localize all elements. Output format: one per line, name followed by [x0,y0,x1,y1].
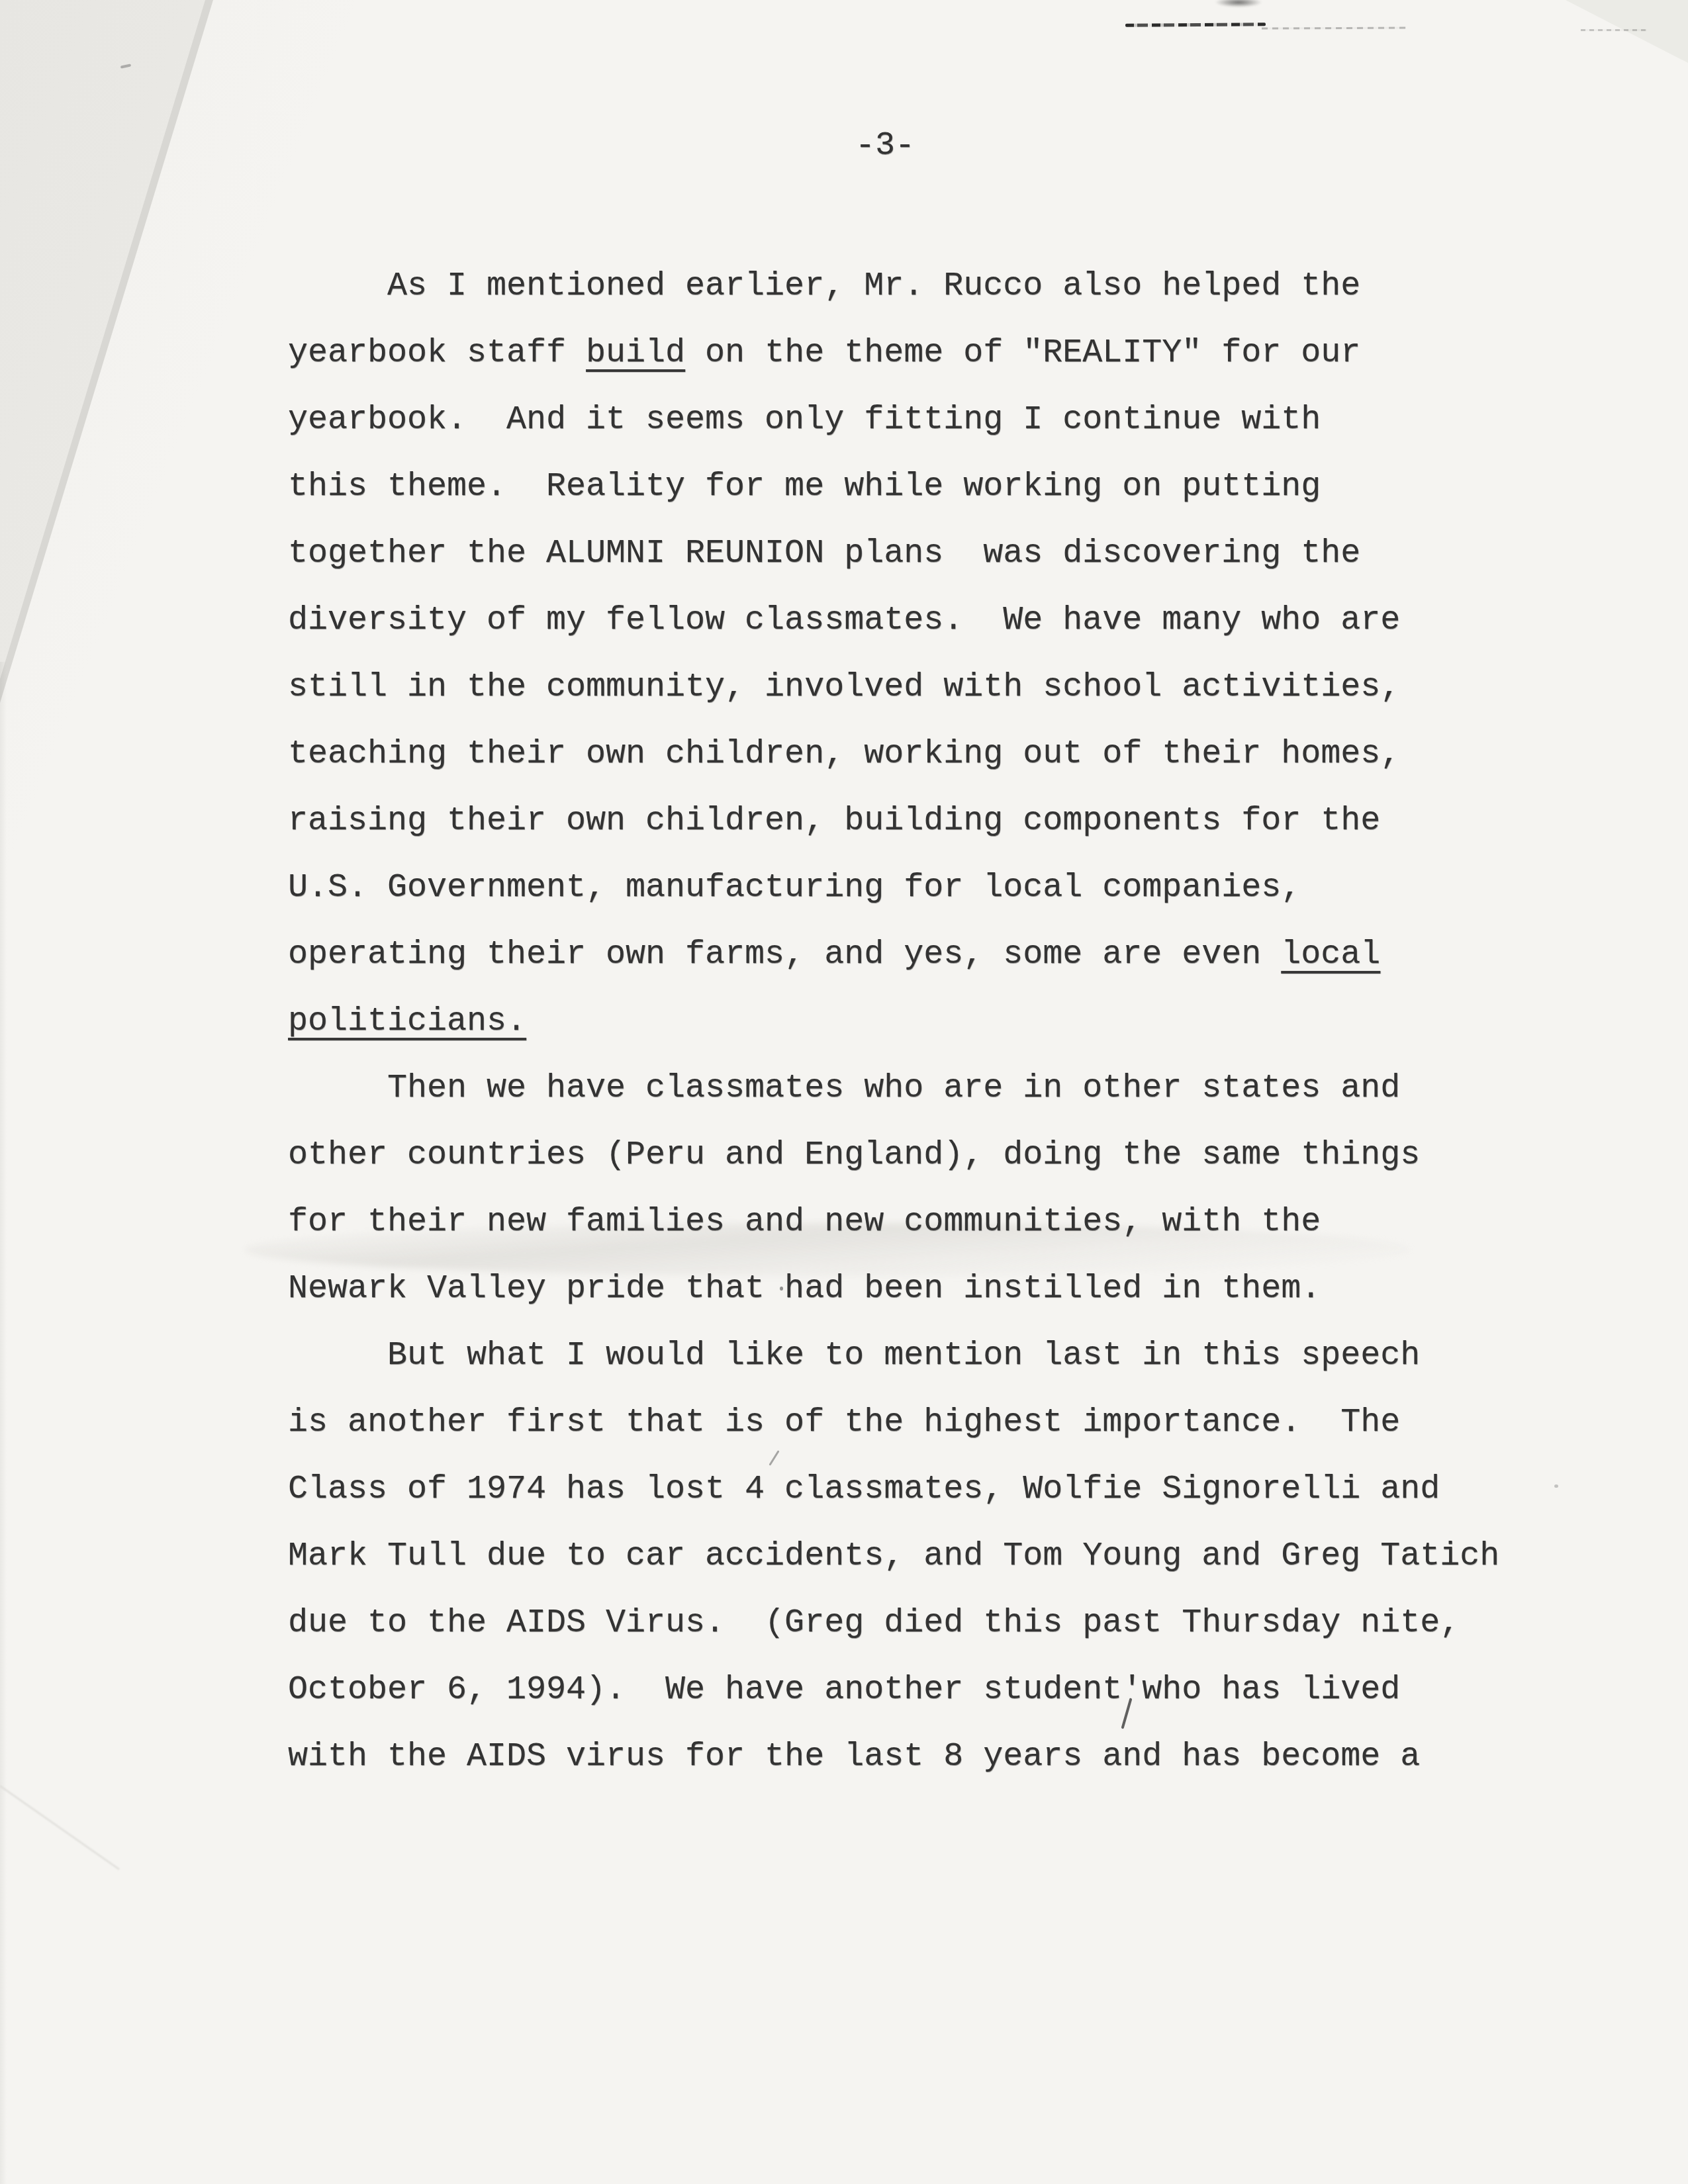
scanner-streak-dark [1125,23,1266,26]
text-segment: still in the community, involved with sc… [288,668,1400,706]
text-segment: Mark Tull due to car accidents, and Tom … [288,1537,1499,1575]
text-line: for their new families and new communiti… [288,1189,1599,1255]
text-line: with the AIDS virus for the last 8 years… [288,1723,1599,1790]
text-line: operating their own farms, and yes, some… [288,921,1599,988]
text-line: October 6, 1994). We have another studen… [288,1657,1599,1723]
text-line: other countries (Peru and England), doin… [288,1122,1599,1189]
page-corner-top-right [1562,0,1688,66]
text-line: Mark Tull due to car accidents, and Tom … [288,1523,1599,1590]
text-segment: for their new families and new communiti… [288,1203,1321,1241]
text-line: due to the AIDS Virus. (Greg died this p… [288,1590,1599,1657]
text-line: U.S. Government, manufacturing for local… [288,854,1599,921]
text-line: politicians. [288,988,1599,1055]
page-number: -3- [855,130,915,163]
text-segment: other countries (Peru and England), doin… [288,1136,1420,1174]
text-line: yearbook. And it seems only fitting I co… [288,387,1599,453]
scanner-smudge [1215,0,1262,7]
text-segment: yearbook staff [288,334,586,372]
text-line: raising their own children, building com… [288,788,1599,854]
text-line: together the ALUMNI REUNION plans was di… [288,520,1599,587]
text-line: is another first that is of the highest … [288,1389,1599,1456]
text-line: As I mentioned earlier, Mr. Rucco also h… [288,253,1599,320]
text-segment: raising their own children, building com… [288,802,1380,840]
text-line: Then we have classmates who are in other… [288,1055,1599,1122]
text-segment: is another first that is of the highest … [288,1404,1400,1441]
text-segment: Newark Valley pride that had been instil… [288,1270,1321,1308]
underlined-text: local [1281,936,1380,974]
text-line: still in the community, involved with sc… [288,654,1599,721]
paper-crease-bottom-left [0,1785,120,1870]
underlined-text: politicians. [288,1003,526,1040]
text-segment: U.S. Government, manufacturing for local… [288,869,1301,907]
left-edge-shadow [0,662,7,2184]
text-segment: October 6, 1994). We have another studen… [288,1671,1400,1709]
underlined-text: build [586,334,685,372]
text-line: teaching their own children, working out… [288,721,1599,788]
text-segment: operating their own farms, and yes, some… [288,936,1281,974]
speech-text: As I mentioned earlier, Mr. Rucco also h… [288,253,1599,1790]
text-line: this theme. Reality for me while working… [288,453,1599,520]
text-segment: Class of 1974 has lost 4 classmates, Wol… [288,1471,1440,1508]
text-segment: But what I would like to mention last in… [288,1337,1420,1375]
text-segment: teaching their own children, working out… [288,735,1400,773]
text-line: yearbook staff build on the theme of "RE… [288,320,1599,387]
document-page: -3- As I mentioned earlier, Mr. Rucco al… [0,0,1688,2184]
text-line: diversity of my fellow classmates. We ha… [288,587,1599,654]
text-segment: As I mentioned earlier, Mr. Rucco also h… [288,267,1360,305]
text-segment: yearbook. And it seems only fitting I co… [288,401,1321,439]
text-segment: diversity of my fellow classmates. We ha… [288,602,1400,639]
text-segment: this theme. Reality for me while working… [288,468,1321,506]
text-segment: with the AIDS virus for the last 8 years… [288,1738,1420,1776]
text-segment: due to the AIDS Virus. (Greg died this p… [288,1604,1460,1642]
text-segment: Then we have classmates who are in other… [288,1069,1400,1107]
text-line: Class of 1974 has lost 4 classmates, Wol… [288,1456,1599,1523]
scanner-streak-faint [1262,26,1406,29]
scanner-streak-patch [1581,29,1647,31]
text-segment: together the ALUMNI REUNION plans was di… [288,535,1360,572]
text-segment: on the theme of "REALITY" for our [685,334,1360,372]
text-line: Newark Valley pride that had been instil… [288,1255,1599,1322]
text-line: But what I would like to mention last in… [288,1322,1599,1389]
